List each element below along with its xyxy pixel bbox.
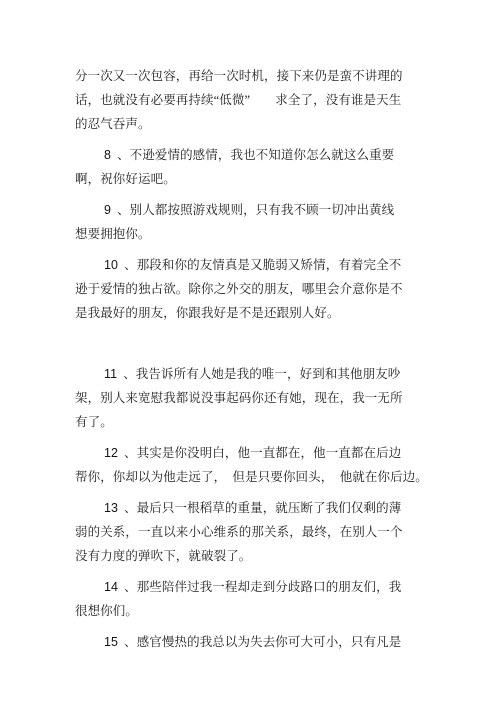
paragraph-line: 8、不逊爱情的感情，我也不知道你怎么就这么重要 <box>75 143 450 167</box>
paragraph-line: 13、最后只一根稻草的重量，就压断了我们仅剩的薄 <box>75 496 450 520</box>
paragraph-line: 分一次又一次包容，再给一次时机，接下来仍是蛮不讲理的 <box>75 64 450 88</box>
paragraph-line: 有了。 <box>75 410 450 434</box>
paragraph-line: 很想你们。 <box>75 599 450 623</box>
paragraph-line: 话，也就没有必要再持续“低微” 求全了，没有谁是天生 <box>75 88 450 112</box>
paragraph-line: 11、我告诉所有人她是我的唯一，好到和其他朋友吵 <box>75 362 450 386</box>
paragraph-line: 9、别人都按照游戏规则，只有我不顾一切冲出黄线 <box>75 198 450 222</box>
paragraph-15: 15、感官慢热的我总以为失去你可大可小，只有凡是 <box>75 630 450 654</box>
paragraph-number: 11 <box>104 367 117 381</box>
paragraph-8: 8、不逊爱情的感情，我也不知道你怎么就这么重要啊，祝你好运吧。 <box>75 143 450 191</box>
text-content: 分一次又一次包容，再给一次时机，接下来仍是蛮不讲理的话，也就没有必要再持续“低微… <box>0 0 500 654</box>
paragraph-11: 11、我告诉所有人她是我的唯一，好到和其他朋友吵架，别人来宽慰我都说没事起码你还… <box>75 362 450 434</box>
paragraph-9: 9、别人都按照游戏规则，只有我不顾一切冲出黄线想要拥抱你。 <box>75 198 450 246</box>
paragraph-line: 14、那些陪伴过我一程却走到分歧路口的朋友们，我 <box>75 575 450 599</box>
paragraph-line: 没有力度的弹吹下，就破裂了。 <box>75 544 450 568</box>
document-page: 分一次又一次包容，再给一次时机，接下来仍是蛮不讲理的话，也就没有必要再持续“低微… <box>0 0 500 708</box>
paragraph-line: 12、其实是你没明白，他一直都在，他一直都在后边 <box>75 441 450 465</box>
paragraph-line: 15、感官慢热的我总以为失去你可大可小，只有凡是 <box>75 630 450 654</box>
paragraph-14: 14、那些陪伴过我一程却走到分歧路口的朋友们，我很想你们。 <box>75 575 450 623</box>
paragraph-line: 弱的关系，一直以来小心维系的那关系，最终，在别人一个 <box>75 520 450 544</box>
paragraph-number: 13 <box>104 501 118 515</box>
paragraph-number: 10 <box>104 258 118 272</box>
paragraph-line: 逊于爱情的独占欲。除你之外交的朋友，哪里会介意你是不 <box>75 277 450 301</box>
paragraph-number: 8 <box>104 148 111 162</box>
paragraph-12: 12、其实是你没明白，他一直都在，他一直都在后边帮你，你却以为他走远了， 但是只… <box>75 441 450 489</box>
paragraph-number: 15 <box>104 635 118 649</box>
paragraph-line: 10、那段和你的友情真是又脆弱又矫情，有着完全不 <box>75 253 450 277</box>
paragraph-13: 13、最后只一根稻草的重量，就压断了我们仅剩的薄弱的关系，一直以来小心维系的那关… <box>75 496 450 568</box>
paragraph-line: 的忍气吞声。 <box>75 112 450 136</box>
paragraph-line: 啊，祝你好运吧。 <box>75 167 450 191</box>
paragraph-line: 想要拥抱你。 <box>75 222 450 246</box>
paragraph-10: 10、那段和你的友情真是又脆弱又矫情，有着完全不逊于爱情的独占欲。除你之外交的朋… <box>75 253 450 325</box>
paragraph-line: 帮你，你却以为他走远了， 但是只要你回头， 他就在你后边。 <box>75 465 450 489</box>
paragraph-number: 14 <box>104 580 118 594</box>
paragraph-number: 12 <box>104 446 118 460</box>
paragraph-line: 是我最好的朋友，你跟我好是不是还跟别人好。 <box>75 301 450 325</box>
paragraph-continuation: 分一次又一次包容，再给一次时机，接下来仍是蛮不讲理的话，也就没有必要再持续“低微… <box>75 64 450 136</box>
paragraph-line: 架，别人来宽慰我都说没事起码你还有她，现在，我一无所 <box>75 386 450 410</box>
paragraph-number: 9 <box>104 203 111 217</box>
